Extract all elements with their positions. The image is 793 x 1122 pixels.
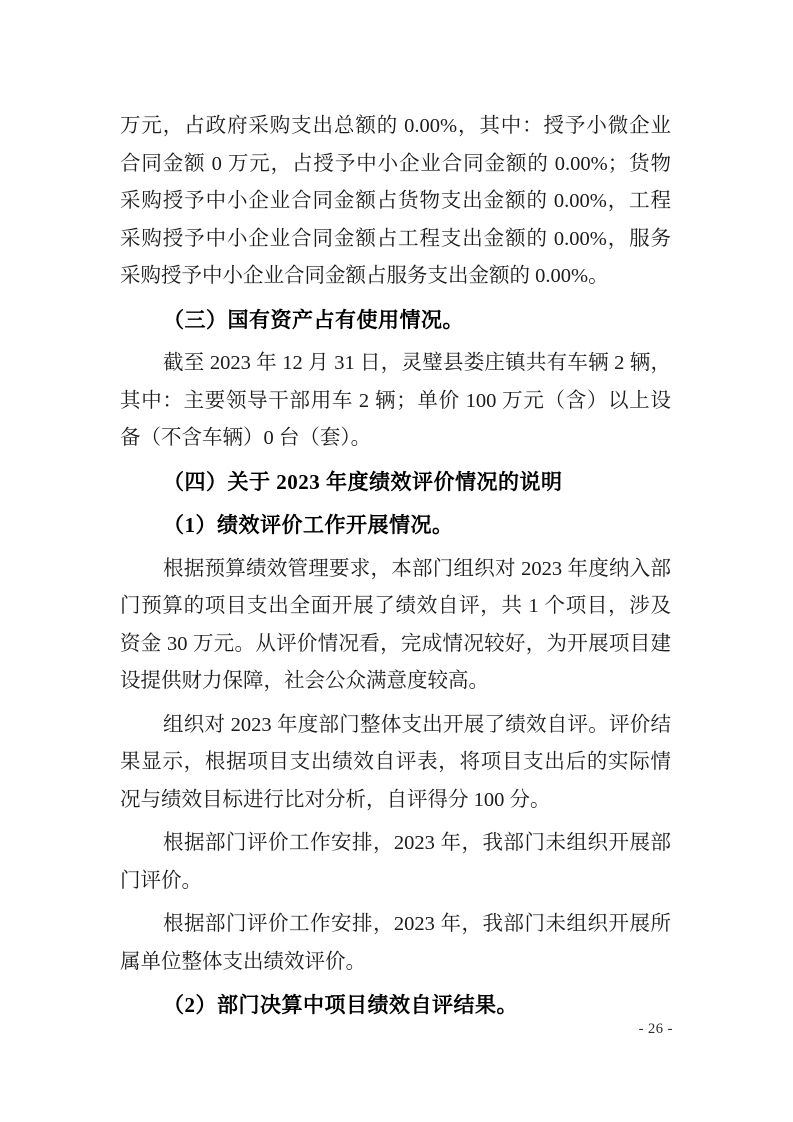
text-line: 截至 2023 年 12 月 31 日，灵璧县娄庄镇共有车辆 2 辆， bbox=[120, 345, 671, 383]
text-line: 根据部门评价工作安排，2023 年，我部门未组织开展部 bbox=[120, 825, 671, 863]
section-heading: （2）部门决算中项目绩效自评结果。 bbox=[120, 987, 671, 1025]
body-paragraph: 截至 2023 年 12 月 31 日，灵璧县娄庄镇共有车辆 2 辆，其中：主要… bbox=[120, 345, 671, 458]
text-line: 其中：主要领导干部用车 2 辆；单价 100 万元（含）以上设 bbox=[120, 383, 671, 421]
body-paragraph: 根据预算绩效管理要求，本部门组织对 2023 年度纳入部门预算的项目支出全面开展… bbox=[120, 551, 671, 701]
heading-line: （四）关于 2023 年度绩效评价情况的说明 bbox=[120, 464, 671, 502]
text-line: 资金 30 万元。从评价情况看，完成情况较好，为开展项目建 bbox=[120, 626, 671, 664]
body-paragraph: 组织对 2023 年度部门整体支出开展了绩效自评。评价结果显示，根据项目支出绩效… bbox=[120, 707, 671, 820]
text-line: 根据预算绩效管理要求，本部门组织对 2023 年度纳入部 bbox=[120, 551, 671, 589]
section-heading: （三）国有资产占有使用情况。 bbox=[120, 302, 671, 340]
section-heading: （1）绩效评价工作开展情况。 bbox=[120, 507, 671, 545]
text-line: 采购授予中小企业合同金额占货物支出金额的 0.00%，工程 bbox=[120, 183, 671, 221]
text-line: 况与绩效目标进行比对分析，自评得分 100 分。 bbox=[120, 782, 671, 820]
text-line: 合同金额 0 万元，占授予中小企业合同金额的 0.00%；货物 bbox=[120, 146, 671, 184]
text-line: 备（不含车辆）0 台（套）。 bbox=[120, 420, 671, 458]
text-line: 门评价。 bbox=[120, 863, 671, 901]
body-paragraph: 根据部门评价工作安排，2023 年，我部门未组织开展部门评价。 bbox=[120, 825, 671, 900]
text-line: 万元，占政府采购支出总额的 0.00%，其中：授予小微企业 bbox=[120, 108, 671, 146]
section-heading: （四）关于 2023 年度绩效评价情况的说明 bbox=[120, 464, 671, 502]
text-line: 采购授予中小企业合同金额占工程支出金额的 0.00%，服务 bbox=[120, 221, 671, 259]
heading-line: （三）国有资产占有使用情况。 bbox=[120, 302, 671, 340]
text-line: 设提供财力保障，社会公众满意度较高。 bbox=[120, 663, 671, 701]
document-page: 万元，占政府采购支出总额的 0.00%，其中：授予小微企业合同金额 0 万元，占… bbox=[0, 0, 793, 1122]
text-line: 属单位整体支出绩效评价。 bbox=[120, 944, 671, 982]
body-paragraph: 万元，占政府采购支出总额的 0.00%，其中：授予小微企业合同金额 0 万元，占… bbox=[120, 108, 671, 296]
text-line: 门预算的项目支出全面开展了绩效自评，共 1 个项目，涉及 bbox=[120, 588, 671, 626]
text-line: 采购授予中小企业合同金额占服务支出金额的 0.00%。 bbox=[120, 258, 671, 296]
body-paragraph: 根据部门评价工作安排，2023 年，我部门未组织开展所属单位整体支出绩效评价。 bbox=[120, 906, 671, 981]
heading-line: （1）绩效评价工作开展情况。 bbox=[120, 507, 671, 545]
heading-line: （2）部门决算中项目绩效自评结果。 bbox=[120, 987, 671, 1025]
text-line: 组织对 2023 年度部门整体支出开展了绩效自评。评价结 bbox=[120, 707, 671, 745]
document-content: 万元，占政府采购支出总额的 0.00%，其中：授予小微企业合同金额 0 万元，占… bbox=[120, 108, 671, 1025]
text-line: 根据部门评价工作安排，2023 年，我部门未组织开展所 bbox=[120, 906, 671, 944]
page-number: - 26 - bbox=[639, 1021, 673, 1037]
text-line: 果显示，根据项目支出绩效自评表，将项目支出后的实际情 bbox=[120, 744, 671, 782]
